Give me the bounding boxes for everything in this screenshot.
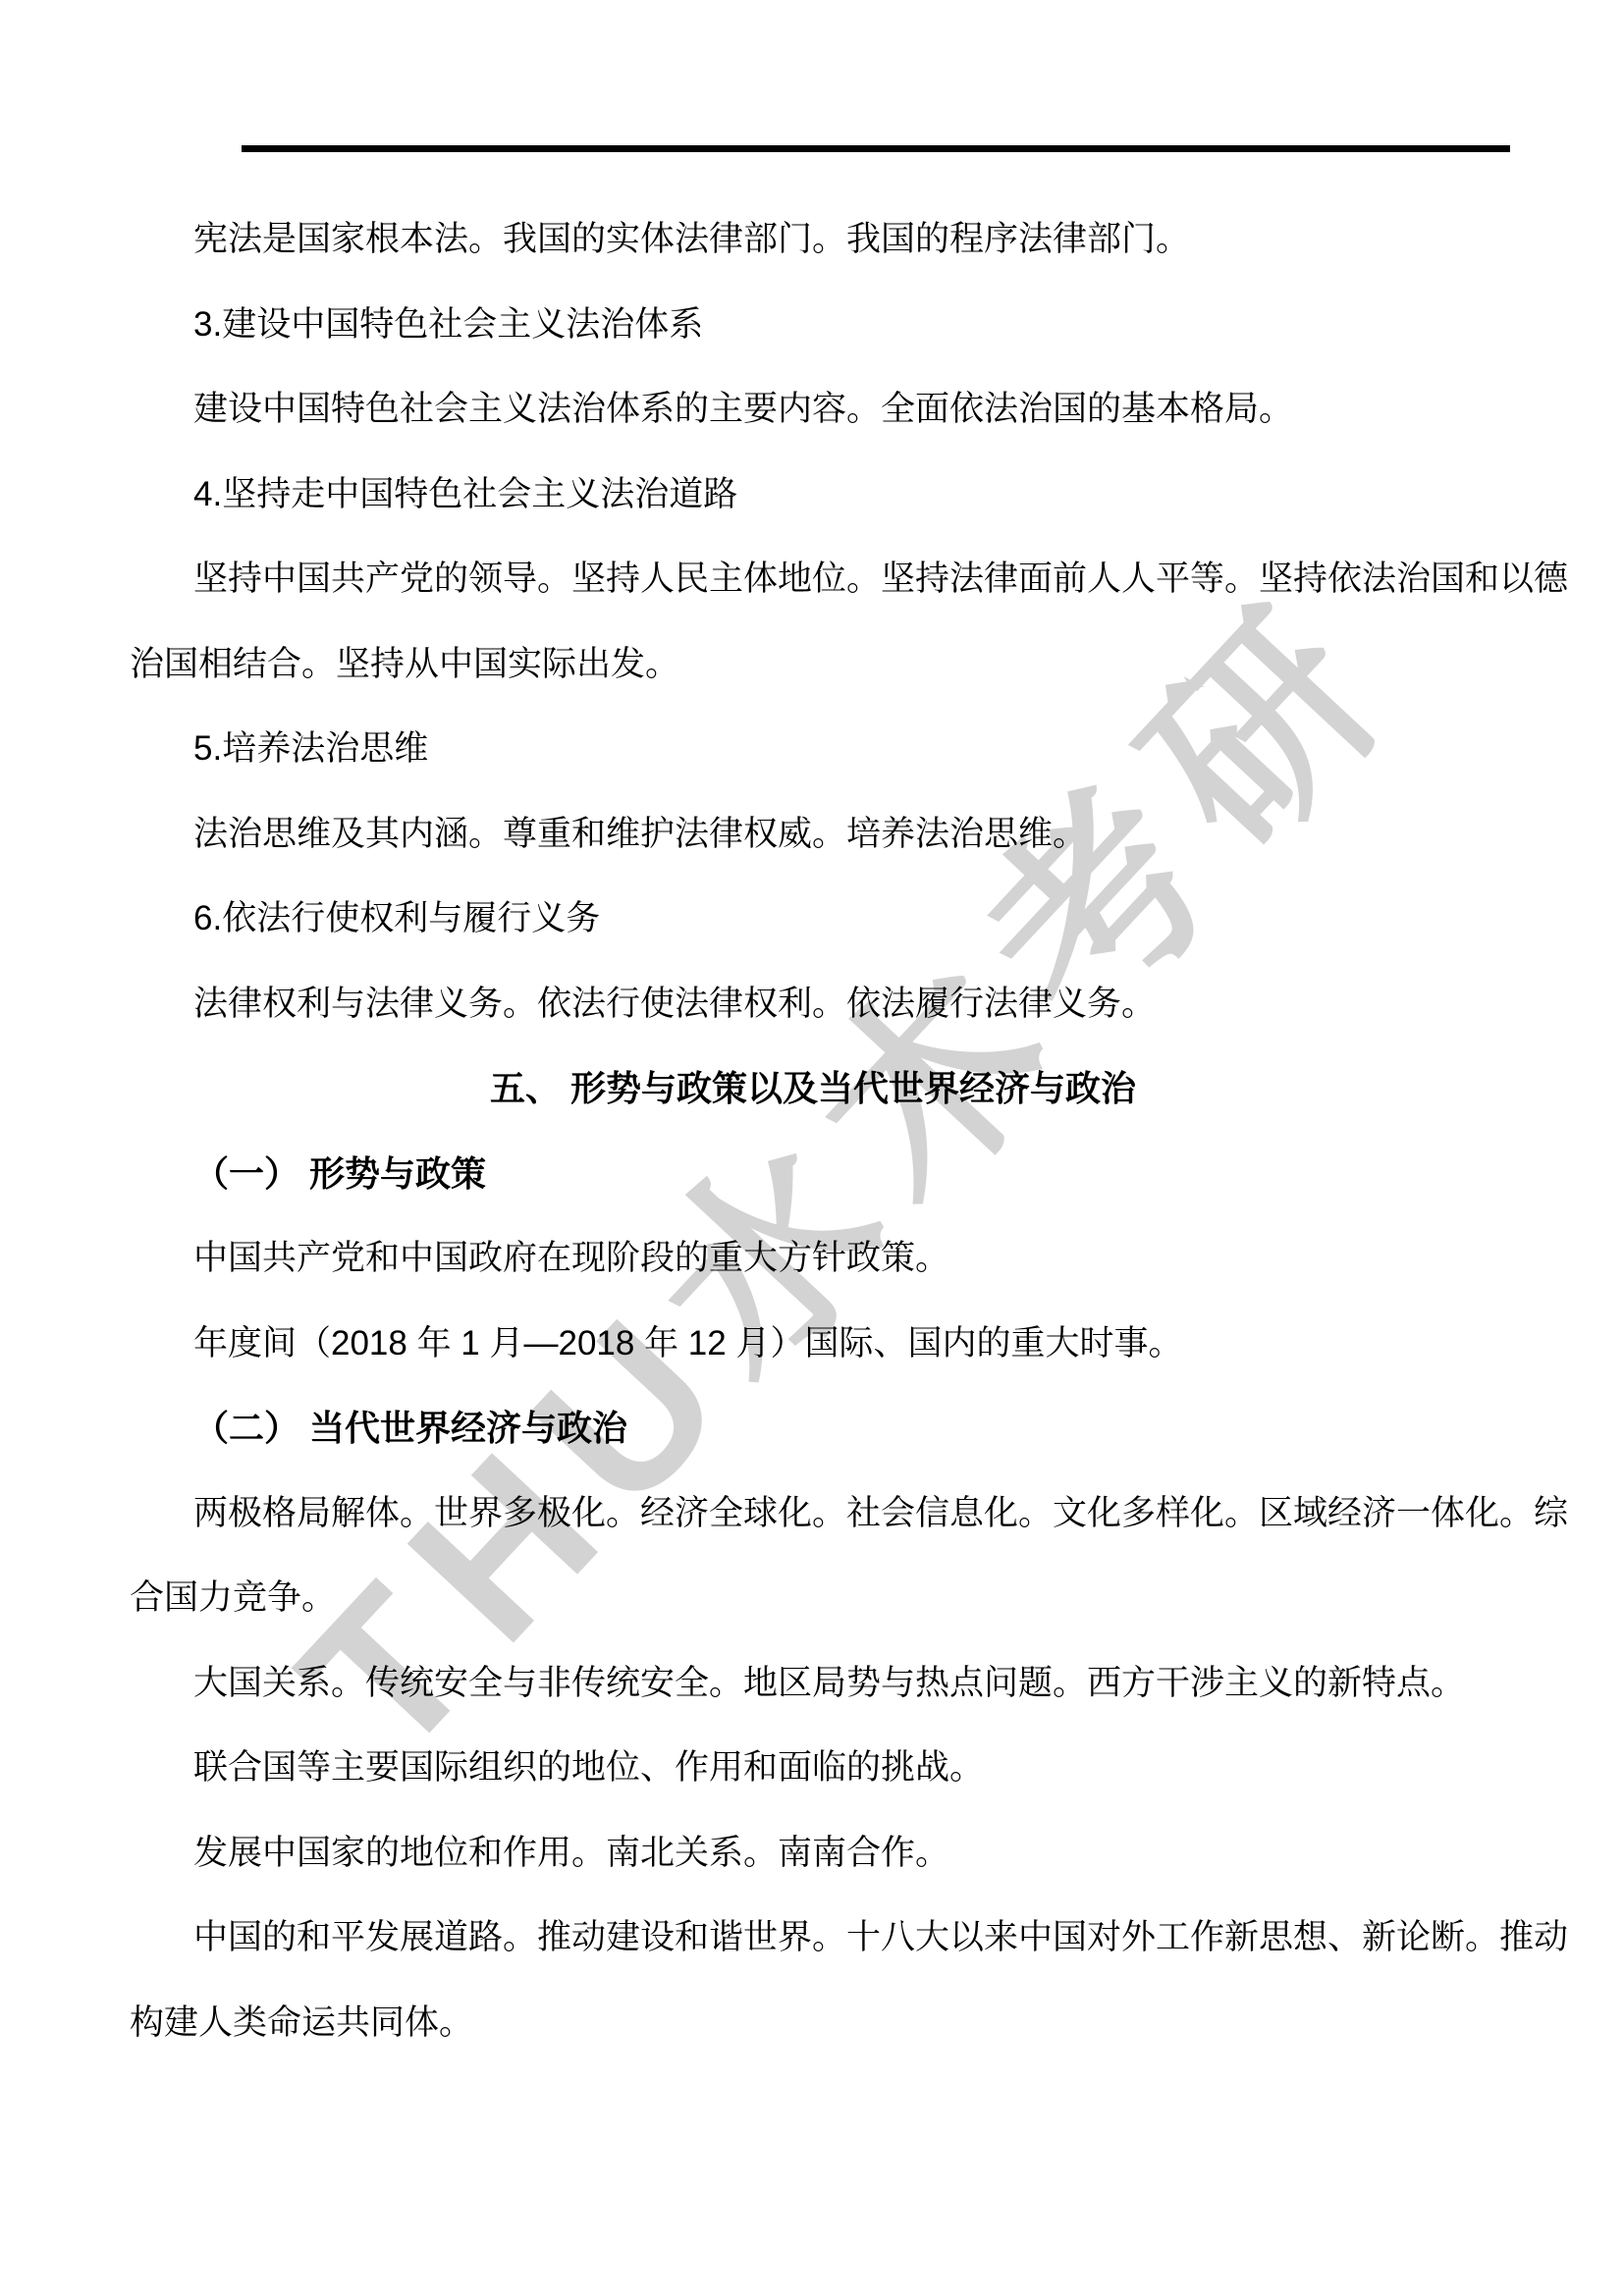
document-page: THU水木考研 宪法是国家根本法。我国的实体法律部门。我国的程序法律部门。 3.… <box>0 0 1624 2296</box>
heading-item-4: 4.坚持走中国特色社会主义法治道路 <box>130 453 1496 538</box>
paragraph-developing-countries: 发展中国家的地位和作用。南北关系。南南合作。 <box>130 1811 1496 1896</box>
subsection-heading-two: （二） 当代世界经济与政治 <box>130 1386 1496 1471</box>
heading-item-5: 5.培养法治思维 <box>130 707 1496 792</box>
heading-item-3: 3.建设中国特色社会主义法治体系 <box>130 283 1496 368</box>
paragraph-annual-events: 年度间（2018 年 1 月—2018 年 12 月）国际、国内的重大时事。 <box>130 1302 1496 1387</box>
heading-item-6: 6.依法行使权利与履行义务 <box>130 877 1496 962</box>
paragraph-adherence-line-2: 治国相结合。坚持从中国实际出发。 <box>130 622 1496 708</box>
paragraph-international-organizations: 联合国等主要国际组织的地位、作用和面临的挑战。 <box>130 1726 1496 1811</box>
paragraph-china-path-line-2: 构建人类命运共同体。 <box>130 1981 1496 2066</box>
paragraph-world-trends-line-2: 合国力竞争。 <box>130 1556 1496 1641</box>
paragraph-major-power-relations: 大国关系。传统安全与非传统安全。地区局势与热点问题。西方干涉主义的新特点。 <box>130 1641 1496 1727</box>
document-body: 宪法是国家根本法。我国的实体法律部门。我国的程序法律部门。 3.建设中国特色社会… <box>130 197 1496 2065</box>
paragraph-adherence-line-1: 坚持中国共产党的领导。坚持人民主体地位。坚持法律面前人人平等。坚持依法治国和以德 <box>130 537 1496 622</box>
paragraph-world-trends-line-1: 两极格局解体。世界多极化。经济全球化。社会信息化。文化多样化。区域经济一体化。综 <box>130 1471 1496 1557</box>
paragraph-china-path-line-1: 中国的和平发展道路。推动建设和谐世界。十八大以来中国对外工作新思想、新论断。推动 <box>130 1896 1496 1981</box>
paragraph-rights-obligations: 法律权利与法律义务。依法行使法律权利。依法履行法律义务。 <box>130 962 1496 1047</box>
paragraph-legal-thinking: 法治思维及其内涵。尊重和维护法律权威。培养法治思维。 <box>130 792 1496 878</box>
section-heading-five: 五、 形势与政策以及当代世界经济与政治 <box>130 1046 1496 1132</box>
paragraph-law-system-content: 建设中国特色社会主义法治体系的主要内容。全面依法治国的基本格局。 <box>130 367 1496 453</box>
paragraph-constitution-overview: 宪法是国家根本法。我国的实体法律部门。我国的程序法律部门。 <box>130 197 1496 283</box>
subsection-heading-one: （一） 形势与政策 <box>130 1132 1496 1217</box>
header-rule <box>242 145 1510 152</box>
paragraph-party-policies: 中国共产党和中国政府在现阶段的重大方针政策。 <box>130 1216 1496 1302</box>
